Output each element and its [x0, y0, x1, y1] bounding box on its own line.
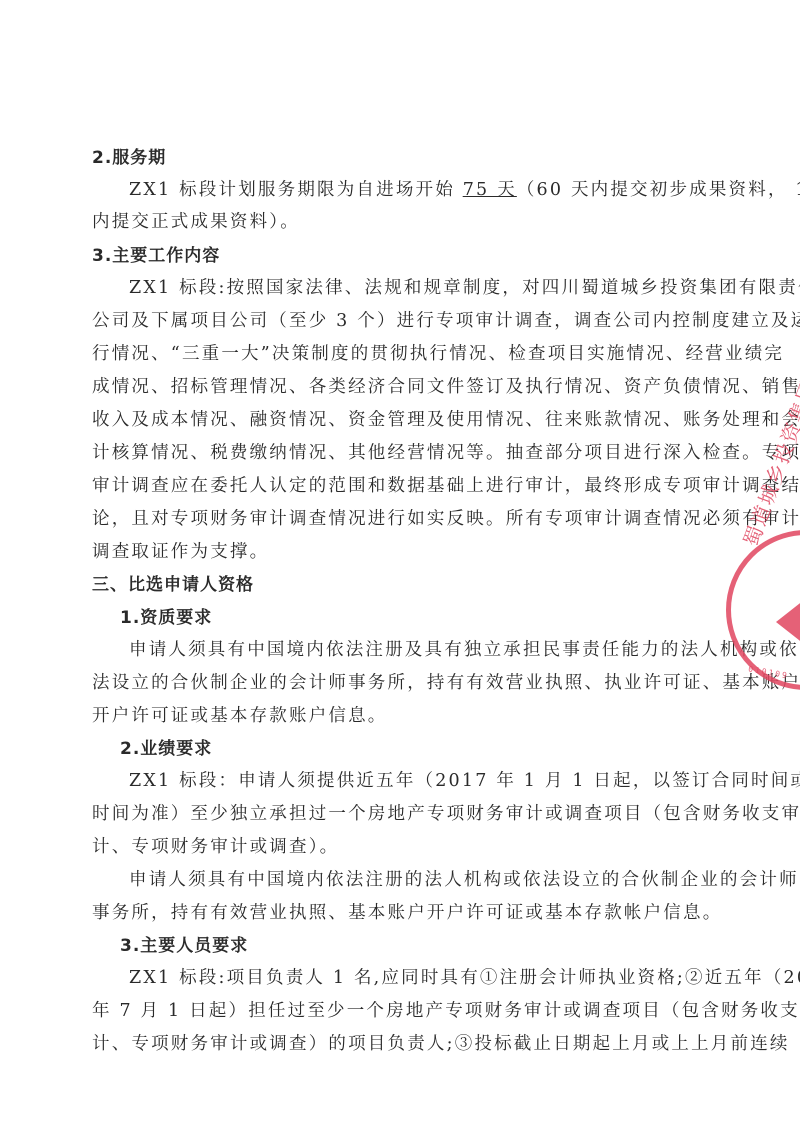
paragraph-line: 申请人须具有中国境内依法注册及具有独立承担民事责任能力的法人机构或依 — [129, 638, 708, 662]
paragraph-line: 事务所，持有有效营业执照、基本账户开户许可证或基本存款帐户信息。 — [92, 901, 708, 925]
paragraph-line: 成情况、招标管理情况、各类经济合同文件签订及执行情况、资产负债情况、销售 — [92, 375, 708, 399]
paragraph-line: 行情况、“三重一大”决策制度的贯彻执行情况、检查项目实施情况、经营业绩完 — [92, 342, 708, 366]
text-segment: ZX1 标段计划服务期限为自进场开始 — [129, 180, 463, 200]
paragraph-line: 年 7 月 1 日起）担任过至少一个房地产专项财务审计或调查项目（包含财务收支审 — [92, 999, 708, 1023]
paragraph-line: 审计调查应在委托人认定的范围和数据基础上进行审计，最终形成专项审计调查结 — [92, 474, 708, 498]
paragraph-line: 收入及成本情况、融资情况、资金管理及使用情况、往来账款情况、账务处理和会 — [92, 408, 708, 432]
paragraph-line: 公司及下属项目公司（至少 3 个）进行专项审计调查，调查公司内控制度建立及运 — [92, 309, 708, 333]
paragraph-line: ZX1 标段:项目负责人 1 名,应同时具有①注册会计师执业资格;②近五年（20… — [129, 966, 708, 990]
paragraph-line: ZX1 标段计划服务期限为自进场开始 75 天（60 天内提交初步成果资料， 1… — [129, 178, 708, 202]
paragraph-line: 论，且对专项财务审计调查情况进行如实反映。所有专项审计调查情况必须有审计 — [92, 507, 708, 531]
paragraph-line: 内提交正式成果资料）。 — [92, 210, 708, 234]
paragraph-line: 开户许可证或基本存款账户信息。 — [92, 704, 708, 728]
text-segment: （60 天内提交初步成果资料， 15 天 — [517, 180, 800, 200]
paragraph-line: 计核算情况、税费缴纳情况、其他经营情况等。抽查部分项目进行深入检查。专项 — [92, 441, 708, 465]
seal-star-icon — [776, 600, 800, 644]
paragraph-line: 申请人须具有中国境内依法注册的法人机构或依法设立的合伙制企业的会计师 — [129, 868, 708, 892]
paragraph-line: ZX1 标段：申请人须提供近五年（2017 年 1 月 1 日起，以签订合同时间… — [129, 769, 708, 793]
paragraph-line: 调查取证作为支撑。 — [92, 540, 708, 564]
document-page: 2.服务期 ZX1 标段计划服务期限为自进场开始 75 天（60 天内提交初步成… — [0, 0, 800, 1131]
heading-qualification: 三、比选申请人资格 — [92, 573, 708, 597]
paragraph-line: 法设立的合伙制企业的会计师事务所，持有有效营业执照、执业许可证、基本账户 — [92, 671, 708, 695]
paragraph-line: 计、专项财务审计或调查）。 — [92, 835, 708, 859]
paragraph-line: 时间为准）至少独立承担过一个房地产专项财务审计或调查项目（包含财务收支审 — [92, 802, 708, 826]
paragraph-line: 计、专项财务审计或调查）的项目负责人;③投标截止日期起上月或上上月前连续 — [92, 1032, 708, 1056]
heading-service-period: 2.服务期 — [92, 146, 708, 170]
paragraph-line: ZX1 标段:按照国家法律、法规和规章制度，对四川蜀道城乡投资集团有限责任 — [129, 276, 708, 300]
heading-performance-req: 2.业绩要求 — [120, 737, 736, 761]
heading-main-work: 3.主要工作内容 — [92, 244, 708, 268]
heading-personnel-req: 3.主要人员要求 — [120, 934, 736, 958]
underlined-duration: 75 天 — [463, 180, 517, 200]
heading-qualification-req: 1.资质要求 — [120, 606, 736, 630]
